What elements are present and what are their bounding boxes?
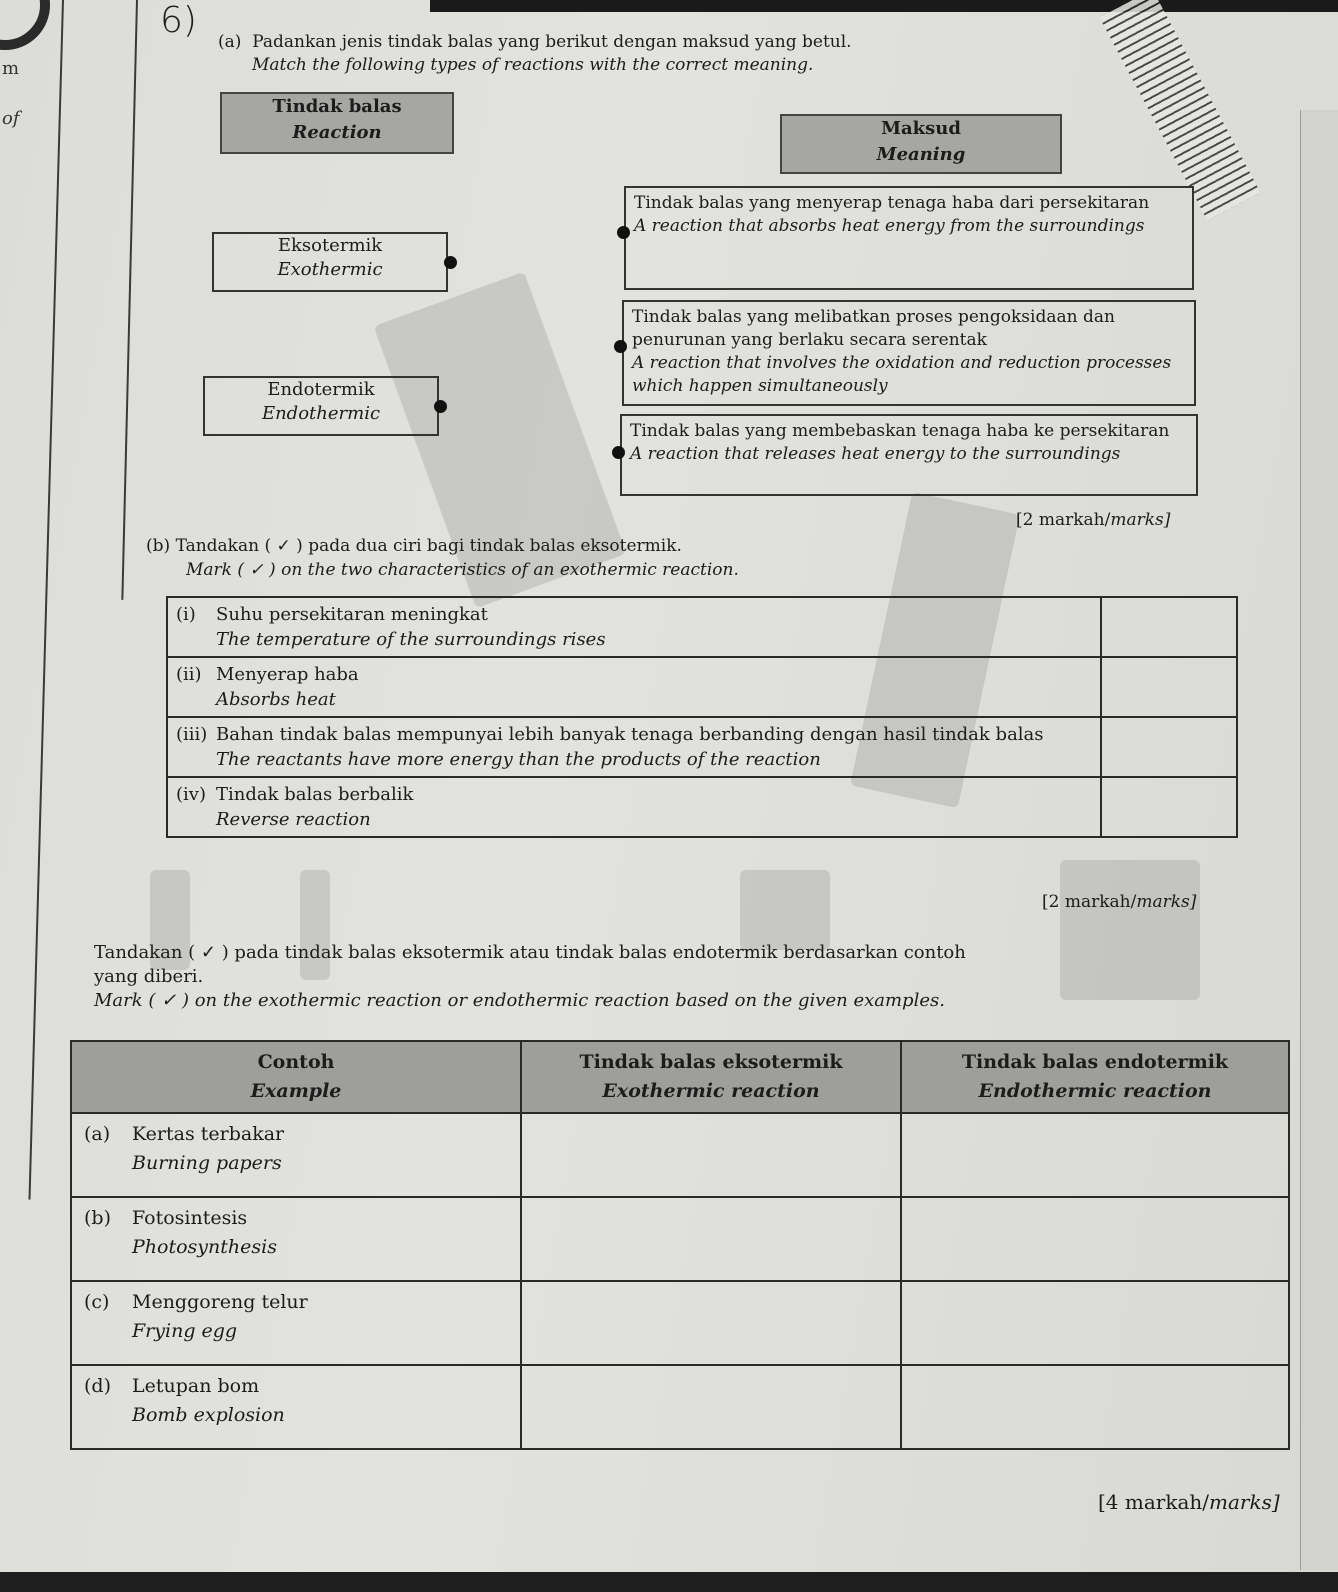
tick-cell-iv[interactable] xyxy=(1101,777,1237,837)
part-c-instruction-ms-2: yang diberi. xyxy=(94,966,203,987)
characteristic-text: (iii)Bahan tindak balas mempunyai lebih … xyxy=(167,717,1101,777)
meaning-box-absorbs: Tindak balas yang menyerap tenaga haba d… xyxy=(624,186,1194,290)
tick-cell-i[interactable] xyxy=(1101,597,1237,657)
table-row: (ii)Menyerap haba Absorbs heat xyxy=(167,657,1237,717)
match-dot-meaning-absorbs[interactable] xyxy=(617,226,630,239)
meaning-box-redox: Tindak balas yang melibatkan proses peng… xyxy=(622,300,1196,406)
match-dot-endothermic[interactable] xyxy=(434,400,447,413)
part-a-instruction-ms: (a) Padankan jenis tindak balas yang ber… xyxy=(218,32,852,52)
endothermic-tick-cell-a[interactable] xyxy=(901,1113,1289,1197)
page-top-shadow xyxy=(430,0,1338,12)
table-row: (iv)Tindak balas berbalik Reverse reacti… xyxy=(167,777,1237,837)
margin-fragment: m xyxy=(2,58,19,79)
part-c-instruction-ms-1: Tandakan ( ✓ ) pada tindak balas eksoter… xyxy=(94,942,966,963)
match-dot-meaning-redox[interactable] xyxy=(614,340,627,353)
exothermic-tick-cell-c[interactable] xyxy=(521,1281,901,1365)
part-c-instruction-en: Mark ( ✓ ) on the exothermic reaction or… xyxy=(94,990,945,1011)
table-row: (c)Menggoreng telur Frying egg xyxy=(71,1281,1289,1365)
example-cell: (a)Kertas terbakar Burning papers xyxy=(71,1113,521,1197)
ink-bleed xyxy=(1060,860,1200,1000)
tick-cell-ii[interactable] xyxy=(1101,657,1237,717)
part-b-instruction-en: Mark ( ✓ ) on the two characteristics of… xyxy=(186,560,739,580)
margin-line xyxy=(28,0,64,1200)
endothermic-tick-cell-d[interactable] xyxy=(901,1365,1289,1449)
exothermic-tick-cell-b[interactable] xyxy=(521,1197,901,1281)
part-b-marks: [2 markah/marks] xyxy=(1042,892,1196,912)
examples-table: ContohExample Tindak balas eksotermikExo… xyxy=(70,1040,1290,1450)
exothermic-tick-cell-a[interactable] xyxy=(521,1113,901,1197)
table-row: (iii)Bahan tindak balas mempunyai lebih … xyxy=(167,717,1237,777)
match-dot-meaning-releases[interactable] xyxy=(612,446,625,459)
binder-ring-icon xyxy=(0,0,50,50)
meaning-box-releases: Tindak balas yang membebaskan tenaga hab… xyxy=(620,414,1198,496)
ink-bleed xyxy=(374,272,627,609)
ink-bleed xyxy=(740,870,830,950)
example-cell: (b)Fotosintesis Photosynthesis xyxy=(71,1197,521,1281)
table-row: (b)Fotosintesis Photosynthesis xyxy=(71,1197,1289,1281)
example-cell: (c)Menggoreng telur Frying egg xyxy=(71,1281,521,1365)
margin-fragment: of xyxy=(2,108,20,129)
ink-bleed xyxy=(300,870,330,980)
page-bottom-shadow xyxy=(0,1572,1338,1592)
meaning-header: Maksud Meaning xyxy=(780,114,1062,174)
characteristics-table: (i)Suhu persekitaran meningkat The tempe… xyxy=(166,596,1238,838)
endothermic-tick-cell-b[interactable] xyxy=(901,1197,1289,1281)
part-b-instruction-ms: (b) Tandakan ( ✓ ) pada dua ciri bagi ti… xyxy=(146,536,682,556)
part-a-marks: [2 markah/marks] xyxy=(1016,510,1170,530)
reaction-box-exothermic: Eksotermik Exothermic xyxy=(212,232,448,292)
exothermic-tick-cell-d[interactable] xyxy=(521,1365,901,1449)
header-endothermic: Tindak balas endotermikEndothermic react… xyxy=(901,1041,1289,1113)
characteristic-text: (iv)Tindak balas berbalik Reverse reacti… xyxy=(167,777,1101,837)
table-row: (d)Letupan bom Bomb explosion xyxy=(71,1365,1289,1449)
characteristic-text: (ii)Menyerap haba Absorbs heat xyxy=(167,657,1101,717)
margin-line xyxy=(121,0,138,600)
part-a-instruction-en: Match the following types of reactions w… xyxy=(252,55,813,75)
header-example: ContohExample xyxy=(71,1041,521,1113)
table-row: (a)Kertas terbakar Burning papers xyxy=(71,1113,1289,1197)
worksheet-page: m of 6) (a) Padankan jenis tindak balas … xyxy=(0,0,1338,1592)
question-number: 6) xyxy=(160,0,197,41)
reaction-header: Tindak balas Reaction xyxy=(220,92,454,154)
part-c-marks: [4 markah/marks] xyxy=(1098,1490,1280,1514)
endothermic-tick-cell-c[interactable] xyxy=(901,1281,1289,1365)
page-edge xyxy=(1300,110,1338,1570)
tick-cell-iii[interactable] xyxy=(1101,717,1237,777)
example-cell: (d)Letupan bom Bomb explosion xyxy=(71,1365,521,1449)
header-exothermic: Tindak balas eksotermikExothermic reacti… xyxy=(521,1041,901,1113)
reaction-box-endothermic: Endotermik Endothermic xyxy=(203,376,439,436)
table-header-row: ContohExample Tindak balas eksotermikExo… xyxy=(71,1041,1289,1113)
match-dot-exothermic[interactable] xyxy=(444,256,457,269)
table-row: (i)Suhu persekitaran meningkat The tempe… xyxy=(167,597,1237,657)
characteristic-text: (i)Suhu persekitaran meningkat The tempe… xyxy=(167,597,1101,657)
